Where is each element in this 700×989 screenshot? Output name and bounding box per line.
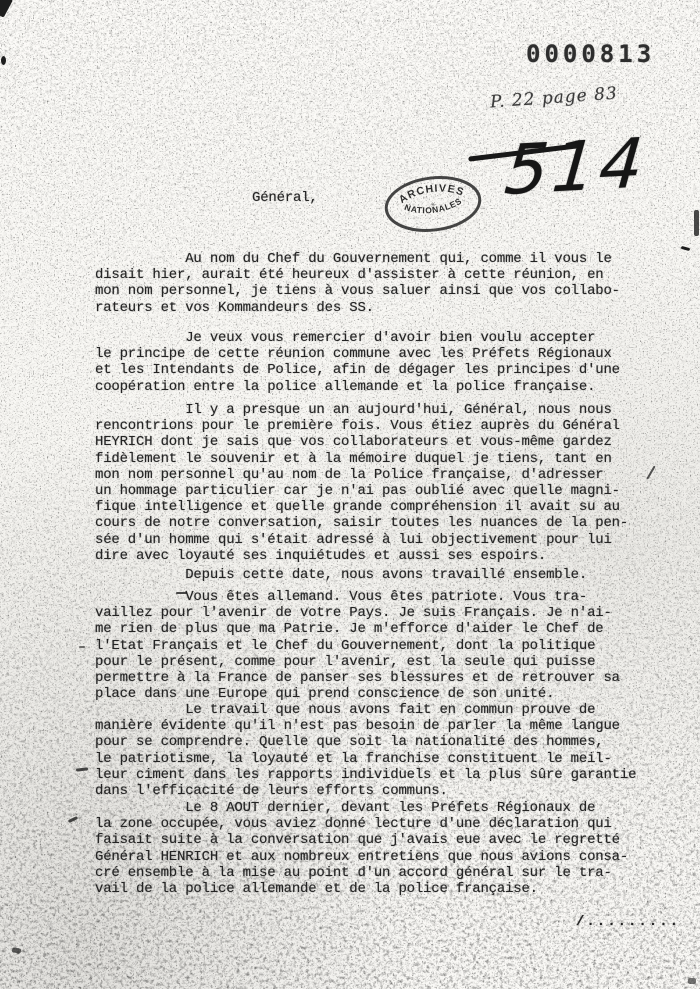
margin-pen-mark [79,646,85,648]
ink-speck [688,978,696,984]
ink-speck [12,947,22,953]
ink-speck [646,466,655,480]
paragraph-1: Au nom du Chef du Gouvernement qui, comm… [95,251,620,316]
paragraph-7: Le 8 AOUT dernier, devant les Préfets Ré… [95,800,628,897]
scanned-letter-page: 0000813 P. 22 page 83 514 ARCHIVES NATIO… [0,0,700,989]
margin-pen-mark [68,816,78,823]
continuation-mark: /......... [576,914,680,930]
paragraph-3: Il y a presque un an aujourd'hui, Généra… [95,402,628,564]
paragraph-5: Vous êtes allemand. Vous êtes patriote. … [95,589,620,702]
margin-pen-mark [76,767,88,771]
stamp-center-mark: ✳ [430,200,437,211]
scan-edge-artifact [694,210,699,236]
archives-nationales-stamp-icon: ARCHIVES NATIONALES ✳ [379,168,488,240]
margin-pen-mark [176,592,187,594]
scan-edge-artifact [0,0,13,18]
paragraph-2: Je veux vous remercier d'avoir bien voul… [95,330,620,395]
ink-speck [681,246,690,251]
paragraph-6: Le travail que nous avons fait en commun… [95,702,636,799]
paragraph-4: Depuis cette date, nous avons travaillé … [95,567,587,583]
serial-number-stamp: 0000813 [526,40,655,68]
salutation: Général, [252,190,318,206]
handwritten-number: 514 [502,124,651,211]
handwritten-page-note: P. 22 page 83 [489,84,618,113]
ink-speck [1,56,6,65]
